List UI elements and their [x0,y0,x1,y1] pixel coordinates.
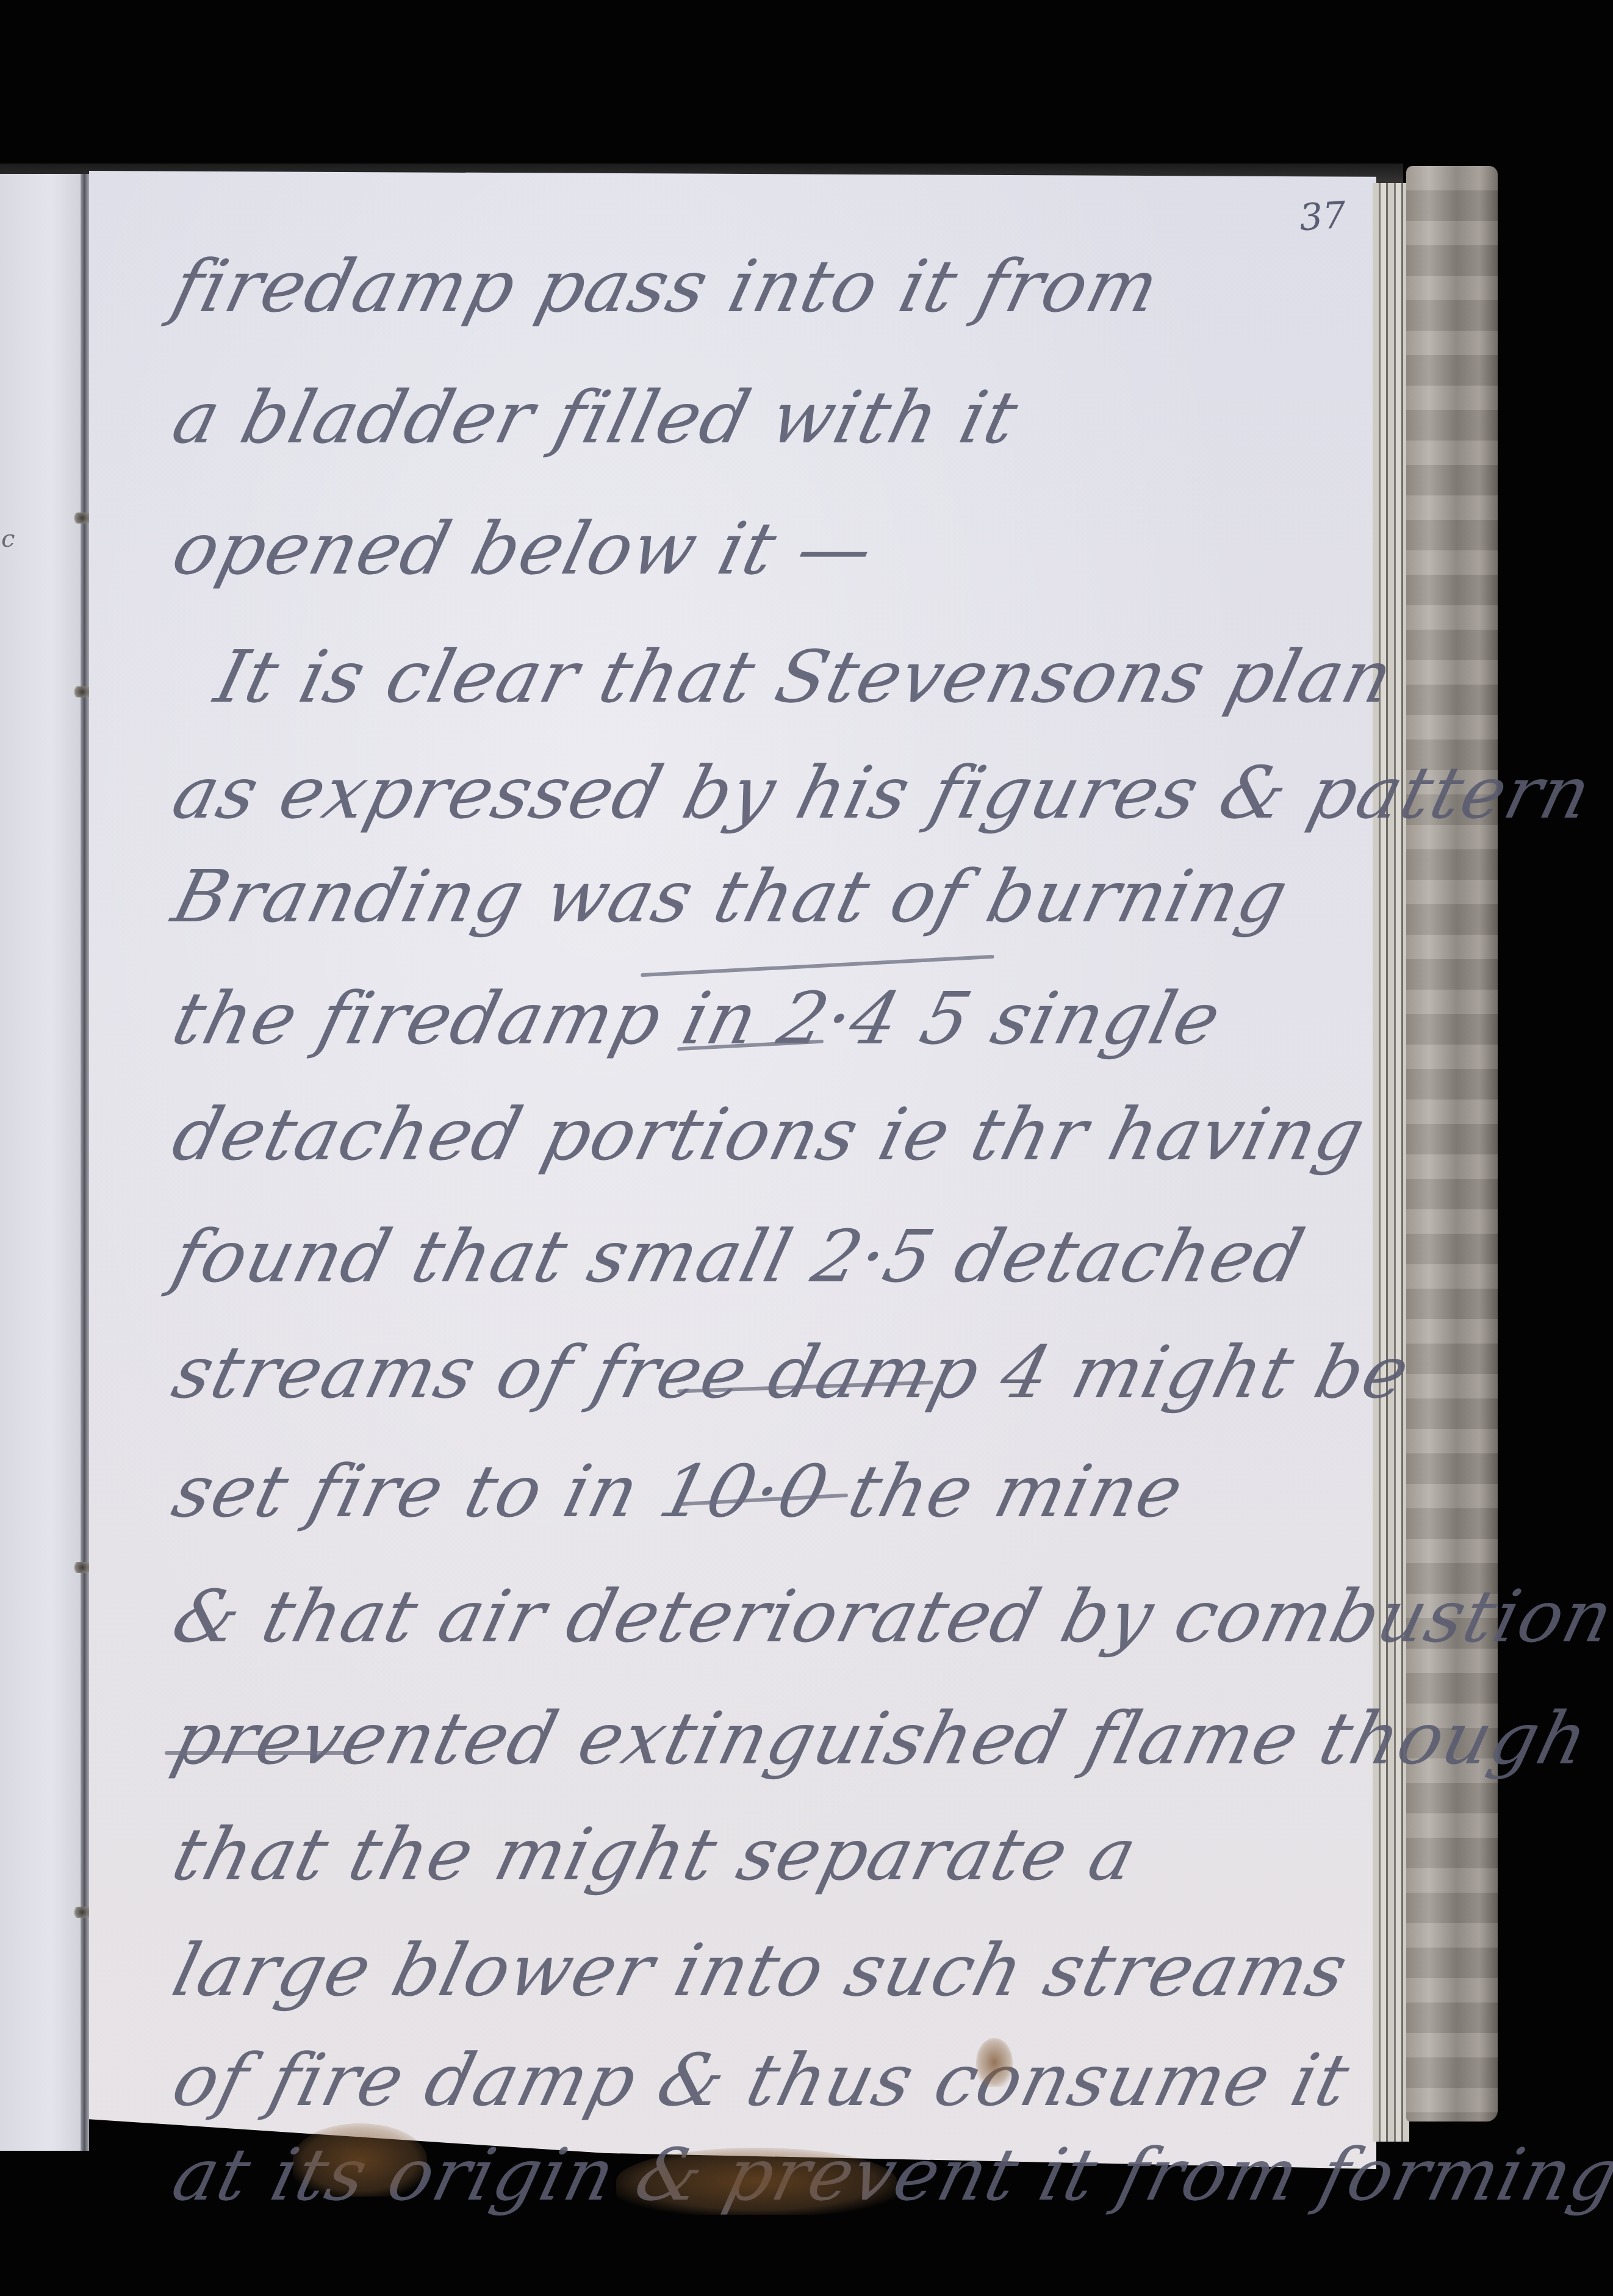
text-line: opened below it — [165,506,883,591]
gutter [81,174,89,2151]
text-line: firedamp pass into it from [165,244,1168,328]
water-stain [976,2038,1013,2087]
text-line: of fire damp & thus consume it [165,2038,1359,2122]
text-line: It is clear that Stevensons plan [207,635,1402,719]
text-line: detached portions ie thr having [165,1092,1374,1176]
left-page-mark: c [1,525,15,553]
text-line: streams of free damp 4 might be [165,1330,1418,1414]
page-block-edges [1373,183,1409,2142]
text-line: found that small 2·5 detached [165,1214,1313,1298]
text-line: as expressed by his figures & pattern [165,750,1600,835]
text-line: & that air deteriorated by combustion [165,1574,1613,1658]
page-number: 37 [1298,193,1348,239]
left-page-fragment: c [0,174,85,2151]
text-line: set fire to in 10·0 the mine [165,1449,1193,1533]
text-line: large blower into such streams [165,1928,1357,2012]
strikethrough-mark [165,1751,348,1755]
text-line: that the might separate a [165,1812,1146,1896]
text-line: Branding was that of burning [165,854,1297,938]
water-stain [293,2123,427,2197]
text-line-with-strikethrough: prevented extinguished flame though [165,1696,1597,1780]
water-stain [616,2148,897,2215]
text-line: a bladder filled with it [165,375,1027,459]
scan-background: c 37 firedamp pass into it from a bladde… [0,0,1613,2296]
vellum-cover [1406,166,1498,2121]
